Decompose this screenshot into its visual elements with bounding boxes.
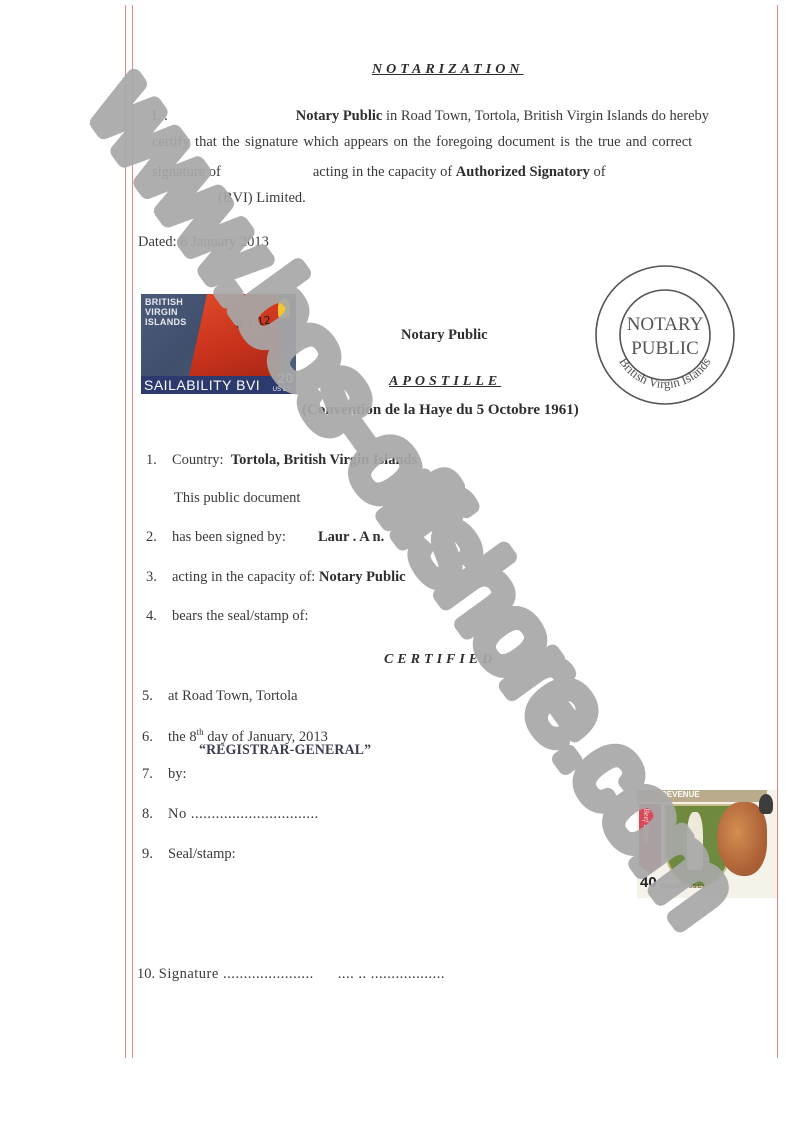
seal-text-notary: NOTARY <box>627 314 704 335</box>
notarization-line-2: certify that the signature which appears… <box>152 134 692 151</box>
queen-silhouette-icon <box>278 298 290 318</box>
item-label: the 8 <box>168 729 197 745</box>
item-label: has been signed by: <box>172 529 286 545</box>
revenue-currency: DOLLARS-US CY <box>661 884 705 890</box>
apostille-public-document: This public document <box>174 490 300 507</box>
certified-item-5: 5.at Road Town, Tortola <box>142 688 298 705</box>
notary-public-signature-label: Notary Public <box>401 327 488 344</box>
certified-item-7: 7.by: <box>142 766 187 783</box>
signature-trail-dots: .... .. .................. <box>338 966 445 982</box>
apostille-item-1: 1.Country: Tortola, British Virgin Islan… <box>146 452 417 469</box>
item-label: Country: <box>172 452 224 468</box>
item-number: 2. <box>146 529 172 546</box>
stamp-country-line: BRITISH <box>145 297 187 307</box>
stamp-value: 20 <box>277 370 293 386</box>
apostille-item-2: 2.has been signed by:Laur . A n. <box>146 529 384 546</box>
stamp-country: BRITISH VIRGIN ISLANDS <box>145 297 187 327</box>
virgin-figure-icon <box>687 812 703 870</box>
apostille-item-3: 3.acting in the capacity of: Notary Publ… <box>146 569 406 586</box>
banner-text: Beef Island <box>642 808 651 844</box>
line1-rest: in Road Town, Tortola, British Virgin Is… <box>382 108 709 124</box>
notarization-line-3: signature ofacting in the capacity of Au… <box>152 164 606 181</box>
stamp-currency: US CY <box>273 387 291 393</box>
item-label: by: <box>168 766 187 782</box>
left-margin-rule-outer <box>125 5 126 1058</box>
ordinal-suffix: th <box>197 727 204 737</box>
notarization-title: NOTARIZATION <box>372 62 523 78</box>
registrar-general-stamp: “REGISTRAR-GENERAL” <box>199 742 371 759</box>
revenue-header: REVENUE <box>661 790 700 799</box>
revenue-stamp: REVENUE Beef Island 40 DOLLARS-US CY <box>637 790 777 898</box>
revenue-value: 40 <box>640 874 657 891</box>
line1-prefix: I, . <box>152 108 168 124</box>
item-number: 10. <box>137 966 155 982</box>
left-margin-rule-inner <box>132 5 133 1058</box>
notary-public-bold: Notary Public <box>296 108 383 124</box>
item-label: No ............................... <box>168 806 319 822</box>
item-number: 6. <box>142 729 168 746</box>
item-number: 8. <box>142 806 168 823</box>
stamp-country-line: VIRGIN <box>145 307 187 317</box>
apostille-subtitle: (Convention de la Haye du 5 Octobre 1961… <box>302 402 579 419</box>
queen-silhouette-icon <box>759 794 773 814</box>
item-number: 1. <box>146 452 172 469</box>
dated-line: Dated: 8 January 2013 <box>138 234 269 251</box>
item-label: Seal/stamp: <box>168 846 236 862</box>
item-number: 7. <box>142 766 168 783</box>
apostille-item-4: 4.bears the seal/stamp of: <box>146 608 309 625</box>
certified-item-8: 8.No ............................... <box>142 806 319 823</box>
item-label: Signature ...................... <box>159 966 314 982</box>
stamp-country-line: ISLANDS <box>145 317 187 327</box>
item-value: Notary Public <box>319 569 406 585</box>
line3-suffix: of <box>590 164 606 180</box>
dove-bird-icon <box>717 802 767 876</box>
line3-prefix: signature of <box>152 164 221 180</box>
item-number: 3. <box>146 569 172 586</box>
revenue-header-band <box>637 790 767 802</box>
item-number: 9. <box>142 846 168 863</box>
seal-ring-text: British Virgin Islands <box>616 355 713 392</box>
apostille-title: APOSTILLE <box>389 374 501 390</box>
item-label: at Road Town, Tortola <box>168 688 298 704</box>
item-value: Laur . A n. <box>318 529 384 545</box>
sail-illustration <box>189 294 279 376</box>
item-label: bears the seal/stamp of: <box>172 608 309 624</box>
authorized-signatory-bold: Authorized Signatory <box>456 164 590 180</box>
certified-item-10: 10. Signature ..........................… <box>137 966 445 983</box>
stamp-caption: SAILABILITY BVI <box>144 377 260 393</box>
item-value: Tortola, British Virgin Islands <box>231 452 417 468</box>
notarization-line-4: (BVI) Limited. <box>218 190 306 207</box>
item-number: 5. <box>142 688 168 705</box>
line3-mid: acting in the capacity of <box>313 164 456 180</box>
postage-stamp-sailability: BRITISH VIRGIN ISLANDS 8.1.12 SAILABILIT… <box>141 294 296 394</box>
certified-item-9: 9.Seal/stamp: <box>142 846 236 863</box>
notarization-line-1: I, .Notary Public in Road Town, Tortola,… <box>152 108 709 125</box>
certified-heading: CERTIFIED <box>384 652 496 668</box>
seal-text-public: PUBLIC <box>631 338 699 359</box>
item-label: acting in the capacity of: <box>172 569 315 585</box>
item-number: 4. <box>146 608 172 625</box>
right-margin-rule <box>777 5 778 1058</box>
notary-seal-stamp: NOTARY PUBLIC British Virgin Islands <box>594 264 736 406</box>
